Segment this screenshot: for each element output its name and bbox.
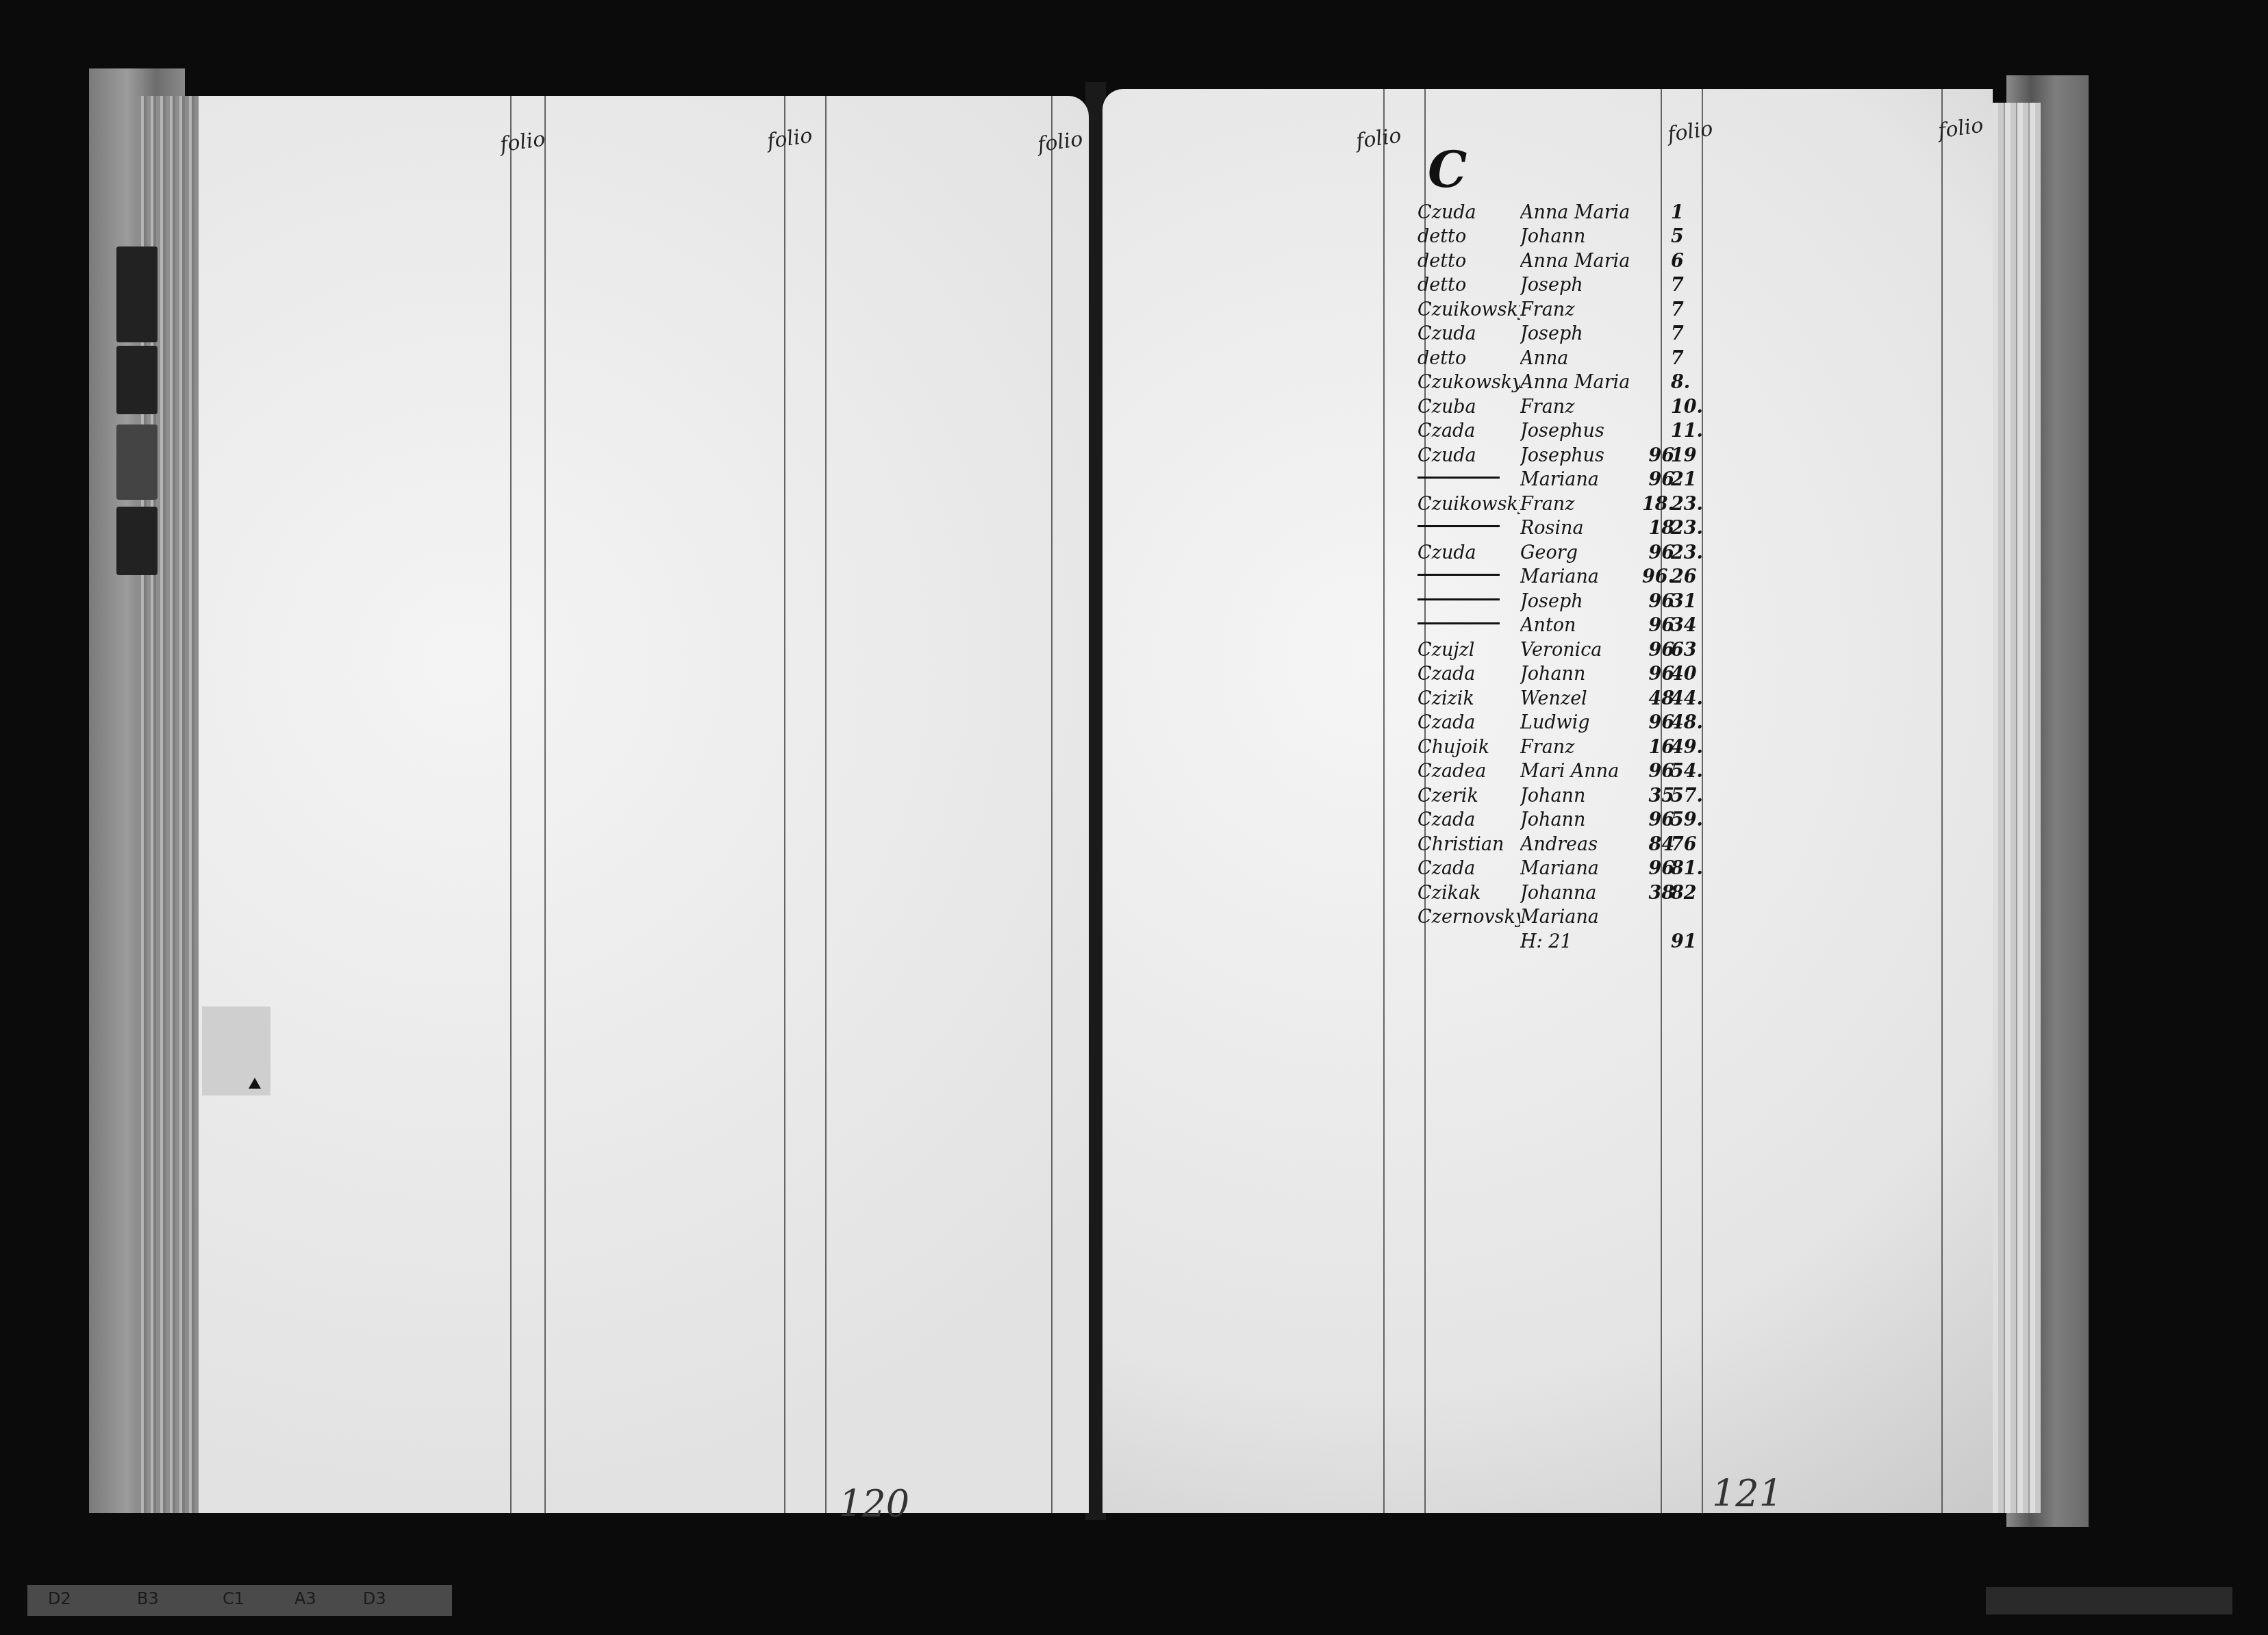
index-entry: CzuikowskyFranz18.23. xyxy=(1417,490,1726,515)
entry-folio: 11. xyxy=(1671,420,1719,442)
index-entry: CzadeaMari Anna9654. xyxy=(1417,758,1726,783)
entry-surname: Czuda xyxy=(1417,542,1520,563)
ditto-dash xyxy=(1417,525,1500,527)
index-entry: dettoAnna7 xyxy=(1417,344,1726,369)
entry-house-number: 96 xyxy=(1637,615,1674,636)
entry-folio: 21 xyxy=(1671,469,1719,490)
entry-house-number: 96 xyxy=(1637,761,1674,782)
entry-surname xyxy=(1417,566,1520,587)
entry-surname: Czada xyxy=(1417,663,1520,685)
entry-given-name: Mariana xyxy=(1520,566,1637,587)
entry-folio: 1 xyxy=(1671,202,1719,223)
left-page: folio folio folio 120 xyxy=(199,96,1089,1513)
entry-house-number: 96 xyxy=(1637,809,1674,831)
entry-surname: Czuikowsky xyxy=(1417,299,1520,320)
entry-house-number: 96 xyxy=(1637,445,1674,466)
index-entry: CzuikowskyFranz7 xyxy=(1417,296,1726,320)
entry-given-name: Joseph xyxy=(1520,275,1637,296)
entry-surname: Czuba xyxy=(1417,396,1520,418)
index-entry: H: 2191 xyxy=(1417,928,1726,952)
entry-given-name: Johanna xyxy=(1520,883,1637,904)
entry-given-name: Franz xyxy=(1520,396,1637,418)
entry-house-number: 96 xyxy=(1637,469,1674,490)
entry-house-number: 48 xyxy=(1637,688,1674,709)
calibration-label: D3 xyxy=(363,1589,386,1608)
calibration-label: B3 xyxy=(137,1589,159,1608)
ditto-dash xyxy=(1417,622,1500,624)
entry-folio: 76 xyxy=(1671,834,1719,855)
entry-house-number: 84 xyxy=(1637,834,1674,855)
entry-given-name: Anna xyxy=(1520,348,1637,369)
index-entry: Rosina1823. xyxy=(1417,515,1726,540)
entry-folio: 59. xyxy=(1671,809,1719,831)
marker-icon xyxy=(249,1078,261,1089)
entry-folio: 54. xyxy=(1671,761,1719,782)
entry-folio: 5 xyxy=(1671,226,1719,247)
entry-house-number: 16 xyxy=(1637,737,1674,758)
calibration-label: C1 xyxy=(223,1589,244,1608)
index-entry: ChristianAndreas8476 xyxy=(1417,831,1726,855)
index-entry: CzernovskyMariana xyxy=(1417,904,1726,928)
column-header-folio: folio xyxy=(1937,114,1985,144)
entry-folio: 7 xyxy=(1671,323,1719,344)
entry-given-name: Anna Maria xyxy=(1520,202,1637,223)
entry-folio: 23. xyxy=(1671,542,1719,563)
entry-given-name: Josephus xyxy=(1520,420,1637,442)
entry-given-name: Johann xyxy=(1520,226,1637,247)
index-entry: CzudaJoseph7 xyxy=(1417,320,1726,345)
page-number-left: 120 xyxy=(839,1482,909,1525)
index-entry: Mariana9621 xyxy=(1417,466,1726,491)
index-entry: CzubaFranz10. xyxy=(1417,393,1726,418)
entry-folio: 10. xyxy=(1671,396,1719,418)
calibration-label: A3 xyxy=(294,1589,316,1608)
entry-folio: 81. xyxy=(1671,858,1719,879)
entry-given-name: Veronica xyxy=(1520,639,1637,661)
entry-given-name: Andreas xyxy=(1520,834,1637,855)
entry-surname: Czizik xyxy=(1417,688,1520,709)
entry-folio: 6 xyxy=(1671,251,1719,272)
entry-folio: 34 xyxy=(1671,615,1719,636)
entry-given-name: Mari Anna xyxy=(1520,761,1637,782)
entry-house-number: 38 xyxy=(1637,883,1674,904)
entry-given-name: Johann xyxy=(1520,663,1637,685)
entry-surname xyxy=(1417,518,1520,539)
column-rule xyxy=(1383,89,1385,1513)
entry-folio: 63 xyxy=(1671,639,1719,661)
entry-surname: detto xyxy=(1417,226,1520,247)
entry-given-name: Rosina xyxy=(1520,518,1637,539)
entry-given-name: Joseph xyxy=(1520,591,1637,612)
entry-given-name: Anna Maria xyxy=(1520,372,1637,393)
entry-folio: 40 xyxy=(1671,663,1719,685)
entry-folio: 49. xyxy=(1671,737,1719,758)
entry-house-number: 96. xyxy=(1637,566,1674,587)
index-entry: CzerikJohann3557. xyxy=(1417,782,1726,807)
entry-house-number: 18. xyxy=(1637,494,1674,515)
entry-folio: 26 xyxy=(1671,566,1719,587)
entry-house-number: 96 xyxy=(1637,858,1674,879)
entry-surname: Czuda xyxy=(1417,323,1520,344)
entry-surname: Czuikowsky xyxy=(1417,494,1520,515)
column-header-folio: folio xyxy=(1666,117,1715,147)
entry-surname: Czada xyxy=(1417,420,1520,442)
entry-surname: detto xyxy=(1417,251,1520,272)
column-rule xyxy=(510,96,512,1513)
entry-surname: Czuda xyxy=(1417,445,1520,466)
entry-surname: Czada xyxy=(1417,712,1520,733)
entry-surname xyxy=(1417,615,1520,636)
entry-surname xyxy=(1417,469,1520,490)
index-entry: CzadaJohann9640 xyxy=(1417,661,1726,685)
index-entry: CzadaLudwig9648. xyxy=(1417,709,1726,734)
index-entry: CzudaGeorg9623. xyxy=(1417,539,1726,563)
entry-house-number: 96 xyxy=(1637,712,1674,733)
entry-given-name: Anna Maria xyxy=(1520,251,1637,272)
index-entry: dettoJohann5 xyxy=(1417,223,1726,248)
entry-surname: Czadea xyxy=(1417,761,1520,782)
entry-given-name: Franz xyxy=(1520,737,1637,758)
entry-given-name: Franz xyxy=(1520,494,1637,515)
index-entry: CzikakJohanna3882 xyxy=(1417,879,1726,904)
index-entries: CzudaAnna Maria1dettoJohann5dettoAnna Ma… xyxy=(1417,199,1726,952)
entry-surname xyxy=(1417,591,1520,612)
entry-folio: 48. xyxy=(1671,712,1719,733)
entry-surname: Czuda xyxy=(1417,202,1520,223)
entry-given-name: Mariana xyxy=(1520,858,1637,879)
page-stack-right xyxy=(1986,103,2041,1513)
entry-given-name: Wenzel xyxy=(1520,688,1637,709)
column-rule xyxy=(1941,89,1943,1513)
entry-house-number: 96 xyxy=(1637,591,1674,612)
entry-folio: 8. xyxy=(1671,372,1719,393)
entry-folio: 7 xyxy=(1671,299,1719,320)
entry-folio: 7 xyxy=(1671,275,1719,296)
entry-surname: Czukowsky xyxy=(1417,372,1520,393)
column-rule xyxy=(544,96,546,1513)
index-entry: Anton9634 xyxy=(1417,612,1726,637)
entry-folio: 23. xyxy=(1671,494,1719,515)
page-number-right: 121 xyxy=(1712,1472,1782,1515)
binding-tab xyxy=(116,507,157,575)
entry-surname: Czujzl xyxy=(1417,639,1520,661)
index-entry: ChujoikFranz1649. xyxy=(1417,733,1726,758)
column-rule xyxy=(784,96,785,1513)
index-entry: Mariana96.26 xyxy=(1417,563,1726,588)
index-entry: CzudaAnna Maria1 xyxy=(1417,199,1726,223)
entry-folio: 19 xyxy=(1671,445,1719,466)
entry-surname: Czada xyxy=(1417,809,1520,831)
binding-tab xyxy=(116,346,157,414)
entry-house-number: 96 xyxy=(1637,639,1674,661)
entry-house-number: 96 xyxy=(1637,663,1674,685)
calibration-label: D2 xyxy=(48,1589,71,1608)
section-letter: C xyxy=(1428,140,1467,199)
ditto-dash xyxy=(1417,477,1500,479)
index-entry: Joseph9631 xyxy=(1417,587,1726,612)
entry-folio: 82 xyxy=(1671,883,1719,904)
entry-surname: detto xyxy=(1417,348,1520,369)
column-header-folio: folio xyxy=(766,124,814,154)
entry-given-name: Johann xyxy=(1520,809,1637,831)
archive-label xyxy=(202,1006,270,1095)
ditto-dash xyxy=(1417,598,1500,600)
entry-surname: Czernovsky xyxy=(1417,907,1520,928)
index-entry: dettoAnna Maria6 xyxy=(1417,247,1726,272)
binding-tab xyxy=(116,246,157,342)
index-entry: CzadaJohann9659. xyxy=(1417,807,1726,831)
entry-given-name: Georg xyxy=(1520,542,1637,563)
entry-surname: Czikak xyxy=(1417,883,1520,904)
entry-given-name: Mariana xyxy=(1520,469,1637,490)
column-header-folio: folio xyxy=(499,127,547,157)
entry-given-name: Ludwig xyxy=(1520,712,1637,733)
entry-given-name: H: 21 xyxy=(1520,931,1637,952)
entry-folio: 7 xyxy=(1671,348,1719,369)
column-header-folio: folio xyxy=(1354,124,1403,154)
entry-house-number: 18 xyxy=(1637,518,1674,539)
entry-given-name: Joseph xyxy=(1520,323,1637,344)
column-header-folio: folio xyxy=(1036,127,1085,157)
entry-given-name: Anton xyxy=(1520,615,1637,636)
entry-house-number: 96 xyxy=(1637,542,1674,563)
index-entry: CzizikWenzel4844. xyxy=(1417,685,1726,709)
entry-given-name: Josephus xyxy=(1520,445,1637,466)
binding-tab xyxy=(116,424,157,500)
entry-folio: 44. xyxy=(1671,688,1719,709)
entry-surname: Chujoik xyxy=(1417,737,1520,758)
calibration-strip: D2 B3 C1 A3 D3 xyxy=(27,1585,452,1616)
ditto-dash xyxy=(1417,574,1500,576)
column-rule xyxy=(825,96,827,1513)
entry-surname: Christian xyxy=(1417,834,1520,855)
index-entry: CzukowskyAnna Maria8. xyxy=(1417,369,1726,394)
entry-folio: 23. xyxy=(1671,518,1719,539)
entry-surname: Czerik xyxy=(1417,785,1520,807)
entry-folio: 31 xyxy=(1671,591,1719,612)
entry-surname: detto xyxy=(1417,275,1520,296)
entry-given-name: Mariana xyxy=(1520,907,1637,928)
index-entry: CzadaMariana9681. xyxy=(1417,855,1726,880)
entry-surname: Czada xyxy=(1417,858,1520,879)
index-entry: CzadaJosephus11. xyxy=(1417,418,1726,442)
index-entry: CzujzlVeronica9663 xyxy=(1417,636,1726,661)
column-rule xyxy=(1051,96,1053,1513)
calibration-strip-right xyxy=(1986,1587,2232,1614)
entry-given-name: Franz xyxy=(1520,299,1637,320)
index-entry: dettoJoseph7 xyxy=(1417,272,1726,296)
entry-given-name: Johann xyxy=(1520,785,1637,807)
index-entry: CzudaJosephus9619 xyxy=(1417,442,1726,466)
entry-folio: 91 xyxy=(1671,931,1719,952)
entry-folio: 57. xyxy=(1671,785,1719,807)
entry-house-number: 35 xyxy=(1637,785,1674,807)
